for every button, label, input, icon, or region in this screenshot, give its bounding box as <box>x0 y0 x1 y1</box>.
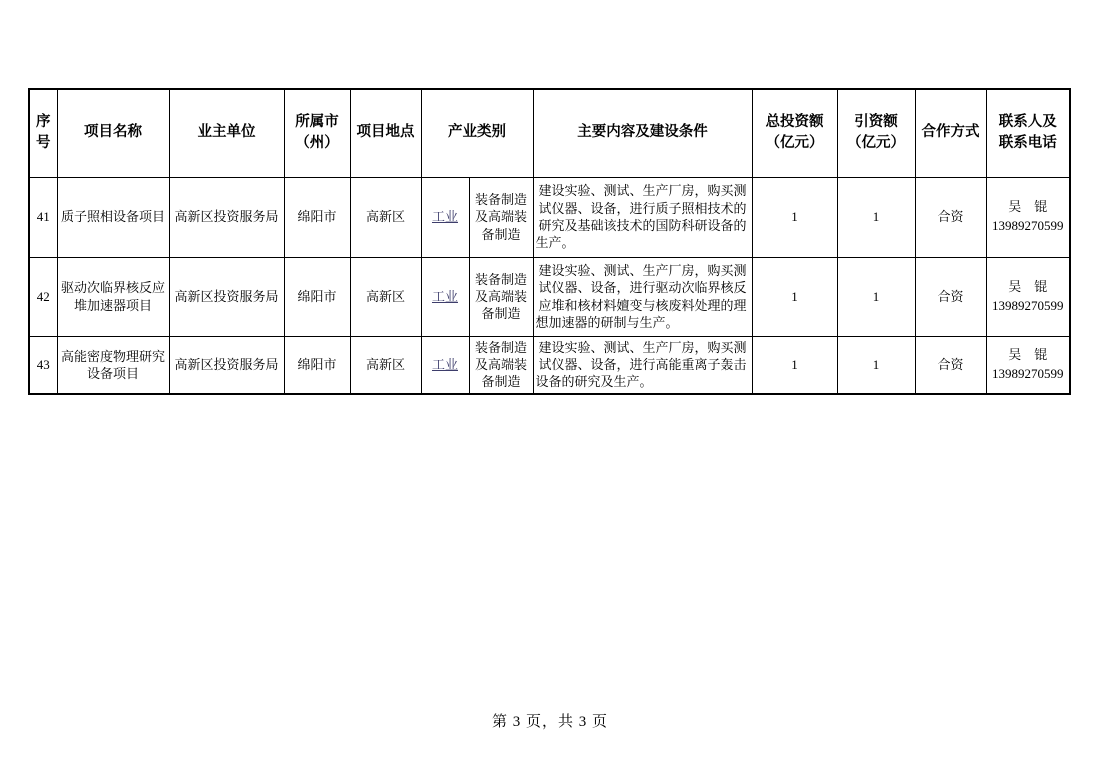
cell-main-content: 建设实验、测试、生产厂房，购买测试仪器、设备，进行质子照相技术的研究及基础该技术… <box>533 177 752 257</box>
table-body: 41 质子照相设备项目 高新区投资服务局 绵阳市 高新区 工业 装备制造及高端装… <box>29 177 1070 394</box>
header-row: 序 号 项目名称 业主单位 所属市 （州） 项目地点 产业类别 主要内容及建设条… <box>29 89 1070 177</box>
contact-phone: 13989270599 <box>989 217 1068 236</box>
cell-location: 高新区 <box>350 336 421 394</box>
cell-location: 高新区 <box>350 257 421 336</box>
cell-owner-unit: 高新区投资服务局 <box>169 336 284 394</box>
cell-contact: 吴 锟 13989270599 <box>986 336 1070 394</box>
contact-name: 吴 锟 <box>989 198 1068 217</box>
cell-owner-unit: 高新区投资服务局 <box>169 177 284 257</box>
col-header-industry-category: 产业类别 <box>421 89 533 177</box>
cell-industry-class: 工业 <box>421 257 469 336</box>
cell-cooperation-mode: 合资 <box>915 177 986 257</box>
contact-name: 吴 锟 <box>989 346 1068 365</box>
cell-cooperation-mode: 合资 <box>915 336 986 394</box>
cell-contact: 吴 锟 13989270599 <box>986 177 1070 257</box>
cell-index: 42 <box>29 257 57 336</box>
cell-industry-sub: 装备制造及高端装备制造 <box>469 257 533 336</box>
cell-city: 绵阳市 <box>284 336 350 394</box>
cell-total-investment: 1 <box>752 257 837 336</box>
industry-class-link[interactable]: 工业 <box>432 209 458 224</box>
document-page: 序 号 项目名称 业主单位 所属市 （州） 项目地点 产业类别 主要内容及建设条… <box>0 0 1100 777</box>
cell-cooperation-mode: 合资 <box>915 257 986 336</box>
cell-owner-unit: 高新区投资服务局 <box>169 257 284 336</box>
col-header-owner-unit: 业主单位 <box>169 89 284 177</box>
projects-table: 序 号 项目名称 业主单位 所属市 （州） 项目地点 产业类别 主要内容及建设条… <box>28 88 1071 395</box>
page-number-footer: 第 3 页，共 3 页 <box>0 710 1100 731</box>
table-header: 序 号 项目名称 业主单位 所属市 （州） 项目地点 产业类别 主要内容及建设条… <box>29 89 1070 177</box>
contact-phone: 13989270599 <box>989 297 1068 316</box>
col-header-contact: 联系人及 联系电话 <box>986 89 1070 177</box>
col-header-total-investment: 总投资额 （亿元） <box>752 89 837 177</box>
col-header-main-content: 主要内容及建设条件 <box>533 89 752 177</box>
cell-city: 绵阳市 <box>284 257 350 336</box>
cell-attracted-investment: 1 <box>837 336 915 394</box>
cell-attracted-investment: 1 <box>837 177 915 257</box>
industry-class-link[interactable]: 工业 <box>432 357 458 372</box>
cell-industry-sub: 装备制造及高端装备制造 <box>469 336 533 394</box>
cell-industry-class: 工业 <box>421 336 469 394</box>
col-header-attracted-investment: 引资额 （亿元） <box>837 89 915 177</box>
contact-phone: 13989270599 <box>989 365 1068 384</box>
industry-class-link[interactable]: 工业 <box>432 289 458 304</box>
table-row: 43 高能密度物理研究设备项目 高新区投资服务局 绵阳市 高新区 工业 装备制造… <box>29 336 1070 394</box>
cell-attracted-investment: 1 <box>837 257 915 336</box>
table-row: 41 质子照相设备项目 高新区投资服务局 绵阳市 高新区 工业 装备制造及高端装… <box>29 177 1070 257</box>
cell-total-investment: 1 <box>752 336 837 394</box>
col-header-project-name: 项目名称 <box>57 89 169 177</box>
contact-name: 吴 锟 <box>989 278 1068 297</box>
col-header-cooperation-mode: 合作方式 <box>915 89 986 177</box>
cell-main-content: 建设实验、测试、生产厂房，购买测试仪器、设备，进行驱动次临界核反应堆和核材料嬗变… <box>533 257 752 336</box>
cell-location: 高新区 <box>350 177 421 257</box>
cell-project-name: 高能密度物理研究设备项目 <box>57 336 169 394</box>
cell-industry-sub: 装备制造及高端装备制造 <box>469 177 533 257</box>
cell-total-investment: 1 <box>752 177 837 257</box>
cell-contact: 吴 锟 13989270599 <box>986 257 1070 336</box>
col-header-city: 所属市 （州） <box>284 89 350 177</box>
col-header-index: 序 号 <box>29 89 57 177</box>
cell-industry-class: 工业 <box>421 177 469 257</box>
cell-main-content: 建设实验、测试、生产厂房，购买测试仪器、设备，进行高能重离子轰击设备的研究及生产… <box>533 336 752 394</box>
table-row: 42 驱动次临界核反应堆加速器项目 高新区投资服务局 绵阳市 高新区 工业 装备… <box>29 257 1070 336</box>
cell-index: 41 <box>29 177 57 257</box>
cell-index: 43 <box>29 336 57 394</box>
col-header-location: 项目地点 <box>350 89 421 177</box>
cell-project-name: 驱动次临界核反应堆加速器项目 <box>57 257 169 336</box>
cell-project-name: 质子照相设备项目 <box>57 177 169 257</box>
cell-city: 绵阳市 <box>284 177 350 257</box>
